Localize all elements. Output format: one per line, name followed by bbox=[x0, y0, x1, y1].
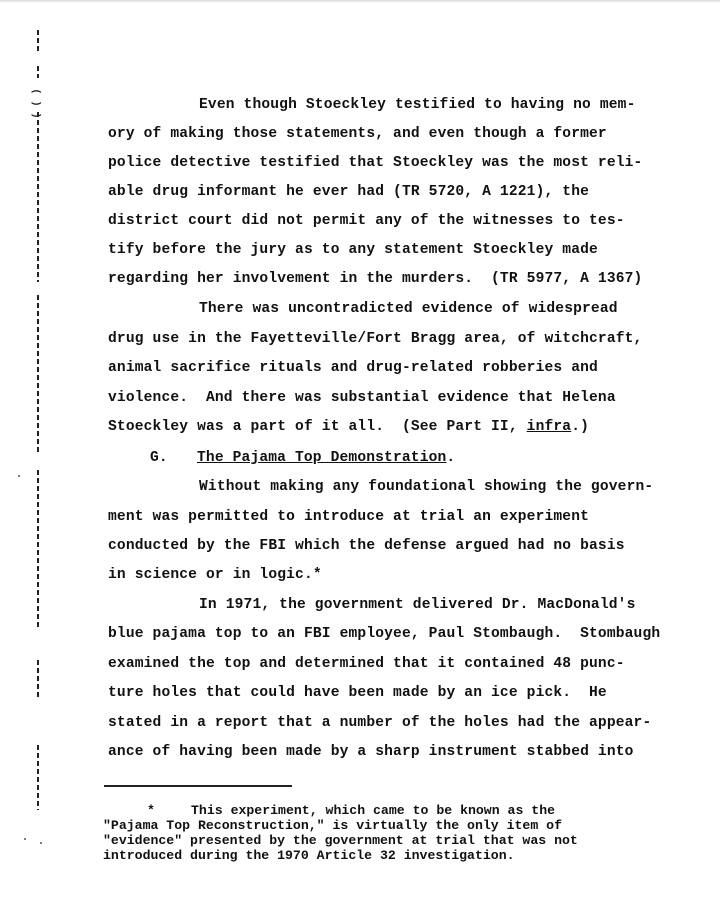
footnote-rule bbox=[104, 785, 292, 787]
text-line: drug use in the Fayetteville/Fort Bragg … bbox=[108, 330, 642, 348]
text-line: violence. And there was substantial evid… bbox=[108, 389, 616, 407]
footnote-line: This experiment, which came to be known … bbox=[191, 803, 555, 818]
margin-line bbox=[37, 66, 39, 78]
text-line: In 1971, the government delivered Dr. Ma… bbox=[199, 596, 635, 614]
text-line: ture holes that could have been made by … bbox=[108, 684, 607, 702]
margin-line bbox=[37, 470, 39, 630]
text-line: able drug informant he ever had (TR 5720… bbox=[108, 183, 589, 201]
footnote-line: "Pajama Top Reconstruction," is virtuall… bbox=[103, 818, 562, 833]
text-segment: .) bbox=[571, 419, 589, 435]
text-line: ory of making those statements, and even… bbox=[108, 125, 607, 143]
margin-line bbox=[37, 295, 39, 455]
text-line: Without making any foundational showing … bbox=[199, 478, 653, 496]
text-line: examined the top and determined that it … bbox=[108, 655, 625, 673]
text-line: Even though Stoeckley testified to havin… bbox=[199, 96, 635, 114]
margin-line bbox=[37, 30, 39, 52]
scan-speck bbox=[40, 842, 42, 844]
text-line: animal sacrifice rituals and drug-relate… bbox=[108, 359, 598, 377]
text-line: ment was permitted to introduce at trial… bbox=[108, 508, 589, 526]
text-line: Stoeckley was a part of it all. (See Par… bbox=[108, 418, 589, 436]
document-page: ( ) ) Even though Stoeckley testified to… bbox=[0, 0, 720, 897]
text-line: police detective testified that Stoeckle… bbox=[108, 154, 642, 172]
margin-annotation: ( ) ) bbox=[30, 88, 41, 118]
scan-speck bbox=[18, 475, 20, 477]
margin-line bbox=[37, 660, 39, 700]
margin-line bbox=[37, 745, 39, 810]
section-title-period: . bbox=[446, 450, 455, 466]
scan-speck bbox=[24, 838, 26, 840]
margin-line bbox=[37, 112, 39, 282]
citation-infra: infra bbox=[527, 419, 572, 435]
text-line: regarding her involvement in the murders… bbox=[108, 270, 642, 288]
footnote-line: introduced during the 1970 Article 32 in… bbox=[103, 848, 515, 863]
text-line: ance of having been made by a sharp inst… bbox=[108, 743, 634, 761]
section-heading: The Pajama Top Demonstration. bbox=[197, 449, 455, 467]
section-title: The Pajama Top Demonstration bbox=[197, 450, 446, 466]
text-line: in science or in logic.* bbox=[108, 566, 322, 584]
text-line: There was uncontradicted evidence of wid… bbox=[199, 300, 618, 318]
text-segment: Stoeckley was a part of it all. (See Par… bbox=[108, 419, 527, 435]
footnote-line: "evidence" presented by the government a… bbox=[103, 833, 578, 848]
text-line: tify before the jury as to any statement… bbox=[108, 241, 598, 259]
text-line: conducted by the FBI which the defense a… bbox=[108, 537, 625, 555]
scan-top-edge bbox=[0, 0, 720, 3]
text-line: district court did not permit any of the… bbox=[108, 212, 625, 230]
section-letter: G. bbox=[150, 449, 168, 467]
footnote-marker: * bbox=[147, 803, 155, 818]
text-line: stated in a report that a number of the … bbox=[108, 714, 651, 732]
text-line: blue pajama top to an FBI employee, Paul… bbox=[108, 625, 660, 643]
